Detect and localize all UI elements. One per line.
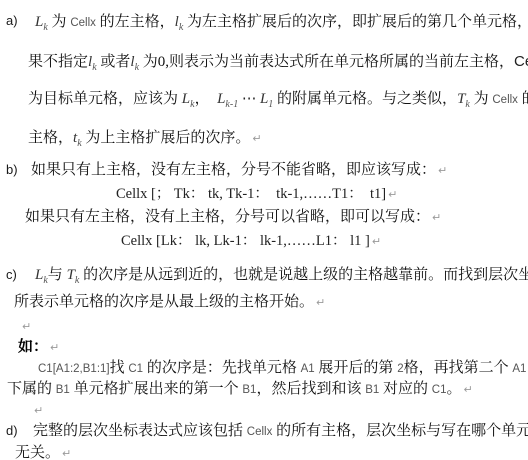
paragraph-mark-icon: ↵: [22, 320, 31, 333]
text-run: ，然后找到和该: [256, 381, 365, 397]
bold-run: 如：: [18, 339, 48, 355]
text-run: 完整的层次坐标表达式应该包括: [33, 423, 247, 439]
math-variable: Tk: [457, 91, 470, 107]
document-line: Cellx [； Tk： tk, Tk-1： tk-1,……T1： t1]↵: [0, 183, 528, 207]
list-item-c: c)Lk与 Tk 的次序是从远到近的，也就是说越上级的主格越靠前。而找到层次坐标…: [0, 262, 528, 421]
paragraph-mark-icon: ↵: [50, 341, 59, 354]
text-run: 与: [48, 267, 67, 283]
paragraph-mark-icon: ↵: [388, 188, 397, 201]
text-run: 无关。: [15, 445, 60, 460]
paragraph-mark-icon: ↵: [438, 164, 447, 177]
document-line: 如果只有左主格，没有上主格，分号可以省略，即可以写成：↵: [0, 206, 528, 230]
text-run: 展开后的第: [315, 360, 398, 376]
document-line: 所表示单元格的次序是从最上级的主格开始。↵: [0, 289, 528, 316]
latin-run: B1: [56, 384, 70, 396]
text-run: 的上: [518, 91, 528, 107]
paragraph-mark-icon: ↵: [62, 447, 71, 460]
text-run: 为目标单元格，应该为: [28, 91, 182, 107]
math-variable: tk: [73, 130, 82, 146]
document-line: 下属的 B1 单元格扩展出来的第一个 B1，然后找到和该 B1 对应的 C1。↵: [0, 379, 528, 400]
latin-run: A1: [301, 363, 315, 375]
document-line: C1[A1:2,B1:1]找 C1 的次序是：先找单元格 A1 展开后的第 2格…: [0, 358, 528, 379]
math-variable: Lk: [35, 267, 48, 283]
math-variable: L1: [260, 91, 273, 107]
text-run: 主格，: [28, 130, 73, 146]
formula-run: ⋯: [238, 91, 260, 107]
document-page: a)Lk 为 Cellx 的左主格，lk 为左主格扩展后的次序，即扩展后的第几个…: [0, 4, 528, 460]
text-run: 如果只有左主格，没有上主格，分号可以省略，即可以写成：: [25, 209, 430, 225]
math-variable: Lk: [35, 14, 48, 30]
text-run: 为: [470, 91, 493, 107]
text-run: 的次序是：先找单元格: [143, 360, 301, 376]
document-line: Lk与 Tk 的次序是从远到近的，也就是说越上级的主格越靠前。而找到层次坐标: [0, 262, 528, 289]
paragraph-mark-icon: ↵: [252, 132, 261, 145]
list-item-b: b)如果只有上主格，没有左主格，分号不能省略，即应该写成：↵Cellx [； T…: [0, 159, 528, 253]
document-line: 如：↵: [0, 337, 528, 358]
list-marker: d): [6, 423, 18, 438]
list-marker: c): [6, 267, 17, 282]
text-run: 如果只有上主格，没有左主格，分号不能省略，即应该写成：: [31, 162, 436, 178]
paragraph-mark-icon: ↵: [464, 383, 473, 396]
latin-run: Cellx: [247, 426, 273, 438]
text-run: 下属的: [7, 381, 56, 397]
text-run: 为上主格扩展后的次序。: [82, 130, 251, 146]
text-run: 所表示单元格的次序是从最上级的主格开始。: [14, 294, 314, 310]
formula-run: Cellx [Lk： lk, Lk-1： lk-1,……L1： l1 ]: [121, 233, 370, 249]
text-run: 或者: [97, 54, 131, 70]
document-line: 无关。↵: [0, 443, 528, 460]
text-run: 格，再找第二个: [404, 360, 513, 376]
latin-run: C1: [432, 384, 447, 396]
document-line: 如果只有上主格，没有左主格，分号不能省略，即应该写成：↵: [0, 159, 528, 183]
text-run: ，: [195, 91, 218, 107]
document-line: ↵: [0, 400, 528, 421]
text-run: 的附属单元格。与之类似，: [273, 91, 457, 107]
math-variable: Tk: [67, 267, 80, 283]
list-item-a: a)Lk 为 Cellx 的左主格，lk 为左主格扩展后的次序，即扩展后的第几个…: [0, 4, 528, 157]
latin-run: Cellx: [492, 94, 518, 106]
formula-run: Cellx [； Tk： tk, Tk-1： tk-1,……T1： t1]: [116, 186, 386, 202]
list-item-d: d)完整的层次坐标表达式应该包括 Cellx 的所有主格，层次坐标与写在哪个单元…: [0, 421, 528, 460]
text-run: 的所有主格，层次坐标与写在哪个单元格中: [272, 423, 528, 439]
text-run: 的次序是从远到近的，也就是说越上级的主格越靠前。而找到层次坐标: [79, 267, 528, 283]
math-variable: lk: [175, 14, 184, 30]
document-line: 完整的层次坐标表达式应该包括 Cellx 的所有主格，层次坐标与写在哪个单元格中: [0, 421, 528, 443]
latin-run: A1: [512, 363, 526, 375]
math-variable: lk: [130, 54, 139, 70]
math-variable: lk: [88, 54, 97, 70]
document-line: 果不指定lk 或者lk 为0,则表示为当前表达式所在单元格所属的当前左主格，Ce…: [0, 43, 528, 82]
latin-run: B1: [365, 384, 379, 396]
math-variable: Lk: [182, 91, 195, 107]
paragraph-mark-icon: ↵: [316, 296, 325, 309]
text-run: 对应的: [379, 381, 432, 397]
text-run: 找: [110, 360, 129, 376]
text-run: 为0,则表示为当前表达式所在单元格所属的当前左主格，: [139, 54, 514, 70]
text-run: 果不指定: [28, 54, 88, 70]
text-run: 。: [447, 381, 462, 397]
document-line: Lk 为 Cellx 的左主格，lk 为左主格扩展后的次序，即扩展后的第几个单元…: [0, 4, 528, 43]
text-run: 单元格扩展出来的第一个: [70, 381, 243, 397]
paragraph-mark-icon: ↵: [432, 211, 441, 224]
text-run: 为: [48, 14, 71, 30]
document-line: 主格，tk 为上主格扩展后的次序。↵: [0, 120, 528, 158]
document-line: 为目标单元格，应该为 Lk， Lk-1 ⋯ L1 的附属单元格。与之类似，Tk …: [0, 81, 528, 120]
list-marker: b): [6, 162, 18, 177]
document-line: ↵: [0, 316, 528, 337]
text-run: 为左主格扩展后的次序，即扩展后的第几个单元格，如: [183, 14, 528, 30]
latin-run: Cellx: [70, 17, 96, 29]
document-line: Cellx [Lk： lk, Lk-1： lk-1,……L1： l1 ]↵: [0, 230, 528, 254]
latin-run: C1: [128, 363, 143, 375]
latin-run: B1: [242, 384, 256, 396]
list-marker: a): [6, 13, 18, 28]
paragraph-mark-icon: ↵: [34, 404, 43, 417]
text-run: 的左主格，: [96, 14, 175, 30]
paragraph-mark-icon: ↵: [372, 235, 381, 248]
latin-run: Cellx: [514, 53, 528, 70]
latin-run: C1[A1:2,B1:1]: [38, 363, 110, 375]
math-variable: Lk-1: [217, 91, 238, 107]
